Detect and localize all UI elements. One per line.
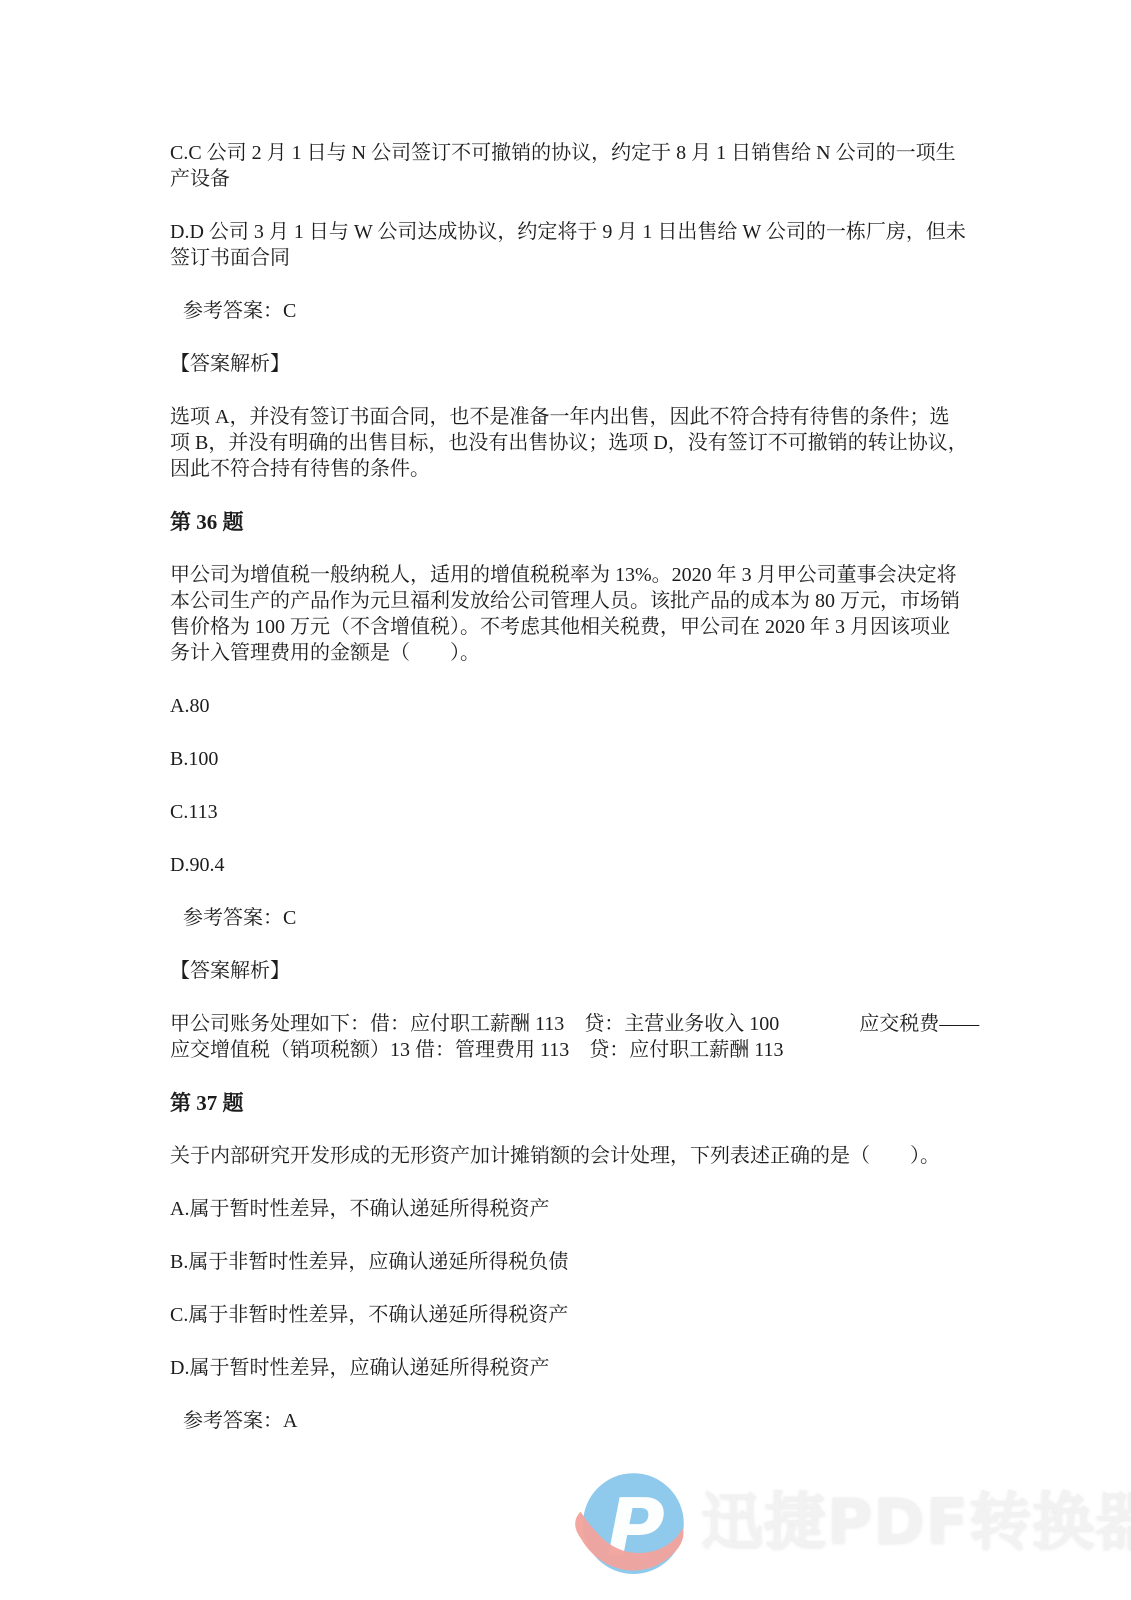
q36-heading: 第 36 题	[170, 509, 970, 535]
pdf-page: { "document": { "blocks": [ { "name": "q…	[0, 0, 1131, 1600]
q37-option-c-line-1: C.属于非暂时性差异，不确认递延所得税资产	[170, 1302, 970, 1328]
q35-option-c: C.C 公司 2 月 1 日与 N 公司签订不可撤销的协议，约定于 8 月 1 …	[170, 140, 970, 192]
watermark-brand-text: 迅捷PDF转换器	[701, 1491, 1131, 1553]
q37-option-d-line-1: D.属于暂时性差异，应确认递延所得税资产	[170, 1355, 970, 1381]
q37-heading-line-1: 第 37 题	[170, 1090, 970, 1116]
q35-option-c-line-2: 产设备	[170, 166, 970, 192]
q36-analysis-heading: 【答案解析】	[170, 958, 970, 984]
q37-stem-line-1: 关于内部研究开发形成的无形资产加计摊销额的会计处理，下列表述正确的是（ ）。	[170, 1143, 970, 1169]
q37-stem: 关于内部研究开发形成的无形资产加计摊销额的会计处理，下列表述正确的是（ ）。	[170, 1143, 970, 1169]
q36-heading-line-1: 第 36 题	[170, 509, 970, 535]
q36-reference-answer-line-1: 参考答案：C	[183, 905, 970, 931]
q35-reference-answer: 参考答案：C	[170, 298, 970, 324]
q35-analysis-body-line-3: 因此不符合持有待售的条件。	[170, 456, 970, 482]
q36-option-d-line-1: D.90.4	[170, 852, 970, 878]
pdf-converter-logo-icon: P	[571, 1466, 691, 1586]
q35-option-c-line-1: C.C 公司 2 月 1 日与 N 公司签订不可撤销的协议，约定于 8 月 1 …	[170, 140, 970, 166]
q37-option-d: D.属于暂时性差异，应确认递延所得税资产	[170, 1355, 970, 1381]
q37-option-a-line-1: A.属于暂时性差异，不确认递延所得税资产	[170, 1196, 970, 1222]
q36-option-b-line-1: B.100	[170, 746, 970, 772]
q36-analysis-body: 甲公司账务处理如下：借：应付职工薪酬 113 贷：主营业务收入 100 应交税费…	[170, 1011, 970, 1063]
q36-analysis-body-line-2: 应交增值税（销项税额）13 借：管理费用 113 贷：应付职工薪酬 113	[170, 1037, 970, 1063]
q35-analysis-heading: 【答案解析】	[170, 351, 970, 377]
q36-stem-line-1: 甲公司为增值税一般纳税人，适用的增值税税率为 13%。2020 年 3 月甲公司…	[170, 562, 970, 588]
q37-option-b-line-1: B.属于非暂时性差异，应确认递延所得税负债	[170, 1249, 970, 1275]
q36-analysis-heading-line-1: 【答案解析】	[170, 958, 970, 984]
q35-option-d-line-1: D.D 公司 3 月 1 日与 W 公司达成协议，约定将于 9 月 1 日出售给…	[170, 219, 970, 245]
q35-analysis-body-line-2: 项 B，并没有明确的出售目标，也没有出售协议；选项 D，没有签订不可撤销的转让协…	[170, 430, 970, 456]
q35-reference-answer-line-1: 参考答案：C	[183, 298, 970, 324]
q37-option-b: B.属于非暂时性差异，应确认递延所得税负债	[170, 1249, 970, 1275]
q36-analysis-body-line-1: 甲公司账务处理如下：借：应付职工薪酬 113 贷：主营业务收入 100 应交税费…	[170, 1011, 970, 1037]
q37-reference-answer: 参考答案：A	[170, 1408, 970, 1434]
q37-option-a: A.属于暂时性差异，不确认递延所得税资产	[170, 1196, 970, 1222]
q36-option-b: B.100	[170, 746, 970, 772]
q36-option-c-line-1: C.113	[170, 799, 970, 825]
q37-option-c: C.属于非暂时性差异，不确认递延所得税资产	[170, 1302, 970, 1328]
document-content: C.C 公司 2 月 1 日与 N 公司签订不可撤销的协议，约定于 8 月 1 …	[170, 140, 970, 1434]
q36-stem: 甲公司为增值税一般纳税人，适用的增值税税率为 13%。2020 年 3 月甲公司…	[170, 562, 970, 666]
q36-option-a-line-1: A.80	[170, 693, 970, 719]
q35-analysis-heading-line-1: 【答案解析】	[170, 351, 970, 377]
q35-option-d-line-2: 签订书面合同	[170, 245, 970, 271]
q36-option-d: D.90.4	[170, 852, 970, 878]
pdf-converter-watermark: P 迅捷PDF转换器	[571, 1466, 1131, 1586]
q37-heading: 第 37 题	[170, 1090, 970, 1116]
q36-option-a: A.80	[170, 693, 970, 719]
q36-option-c: C.113	[170, 799, 970, 825]
q36-reference-answer: 参考答案：C	[170, 905, 970, 931]
q35-analysis-body-line-1: 选项 A，并没有签订书面合同，也不是准备一年内出售，因此不符合持有待售的条件；选	[170, 404, 970, 430]
q36-stem-line-4: 务计入管理费用的金额是（ ）。	[170, 640, 970, 666]
q36-stem-line-2: 本公司生产的产品作为元旦福利发放给公司管理人员。该批产品的成本为 80 万元，市…	[170, 588, 970, 614]
q37-reference-answer-line-1: 参考答案：A	[183, 1408, 970, 1434]
q36-stem-line-3: 售价格为 100 万元（不含增值税）。不考虑其他相关税费，甲公司在 2020 年…	[170, 614, 970, 640]
q35-option-d: D.D 公司 3 月 1 日与 W 公司达成协议，约定将于 9 月 1 日出售给…	[170, 219, 970, 271]
q35-analysis-body: 选项 A，并没有签订书面合同，也不是准备一年内出售，因此不符合持有待售的条件；选…	[170, 404, 970, 482]
